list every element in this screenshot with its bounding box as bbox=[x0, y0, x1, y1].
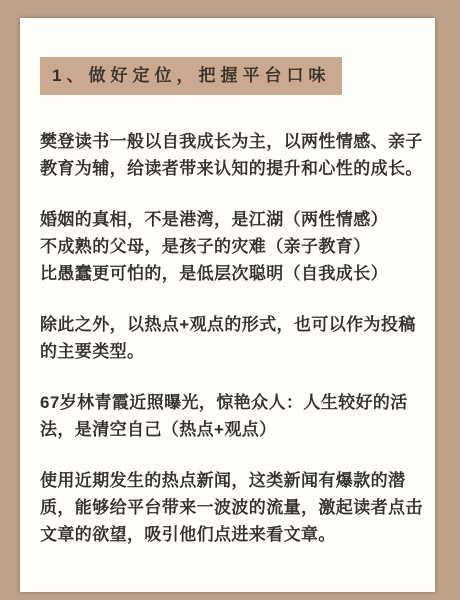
paragraph-hotspot-example: 67岁林青霞近照曝光，惊艳众人：人生较好的活 法，是清空自己（热点+观点） bbox=[40, 389, 423, 443]
text-line: 质，能够给平台带来一波波的流量，激起读者点击 bbox=[40, 494, 423, 521]
paragraph-explanation: 使用近期发生的热点新闻，这类新闻有爆款的潜 质，能够给平台带来一波波的流量，激起… bbox=[40, 467, 423, 548]
text-line: 不成熟的父母，是孩子的灾难（亲子教育） bbox=[40, 233, 423, 260]
text-line: 婚姻的真相，不是港湾，是江湖（两性情感） bbox=[40, 206, 423, 233]
paragraph-additional-type: 除此之外，以热点+观点的形式，也可以作为投稿 的主要类型。 bbox=[40, 311, 423, 365]
text-line: 67岁林青霞近照曝光，惊艳众人：人生较好的活 bbox=[40, 389, 423, 416]
outer-frame: 1、做好定位，把握平台口味 樊登读书一般以自我成长为主，以两性情感、亲子 教育为… bbox=[0, 0, 460, 600]
text-line: 樊登读书一般以自我成长为主，以两性情感、亲子 bbox=[40, 128, 423, 155]
text-line: 教育为辅，给读者带来认知的提升和心性的成长。 bbox=[40, 155, 423, 182]
text-line: 比愚蠢更可怕的，是低层次聪明（自我成长） bbox=[40, 260, 423, 287]
paragraph-examples: 婚姻的真相，不是港湾，是江湖（两性情感） 不成熟的父母，是孩子的灾难（亲子教育）… bbox=[40, 206, 423, 287]
text-line: 的主要类型。 bbox=[40, 338, 423, 365]
note-card: 1、做好定位，把握平台口味 樊登读书一般以自我成长为主，以两性情感、亲子 教育为… bbox=[20, 18, 435, 592]
text-line: 文章的欲望，吸引他们点进来看文章。 bbox=[40, 521, 423, 548]
text-line: 使用近期发生的热点新闻，这类新闻有爆款的潜 bbox=[40, 467, 423, 494]
text-line: 除此之外，以热点+观点的形式，也可以作为投稿 bbox=[40, 311, 423, 338]
text-line: 法，是清空自己（热点+观点） bbox=[40, 416, 423, 443]
section-heading: 1、做好定位，把握平台口味 bbox=[40, 57, 342, 95]
paragraph-intro: 樊登读书一般以自我成长为主，以两性情感、亲子 教育为辅，给读者带来认知的提升和心… bbox=[40, 128, 423, 182]
